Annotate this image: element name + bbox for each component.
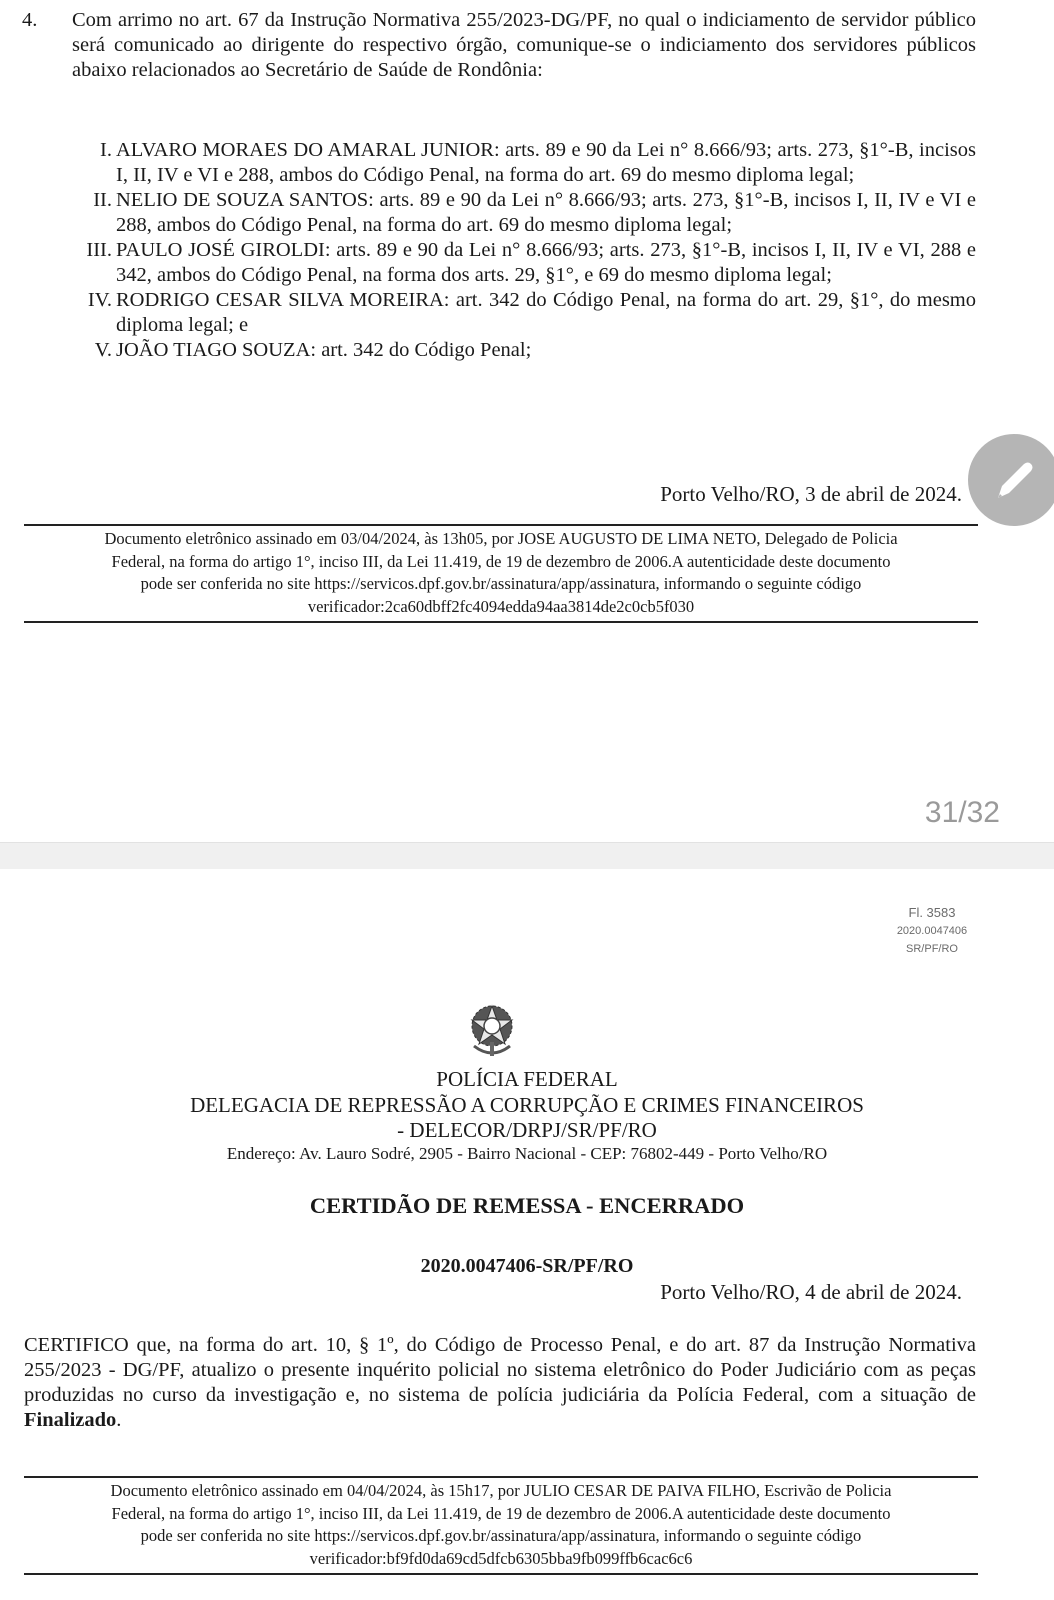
process-number: 2020.0047406-SR/PF/RO [0,1255,1054,1278]
agency-name: POLÍCIA FEDERAL [0,1066,1054,1092]
page-separator [0,842,1054,869]
signature-line: pode ser conferida no site https://servi… [24,1525,978,1548]
pencil-icon [986,452,1042,508]
list-text: JOÃO TIAGO SOUZA: art. 342 do Código Pen… [116,339,531,361]
folio-number: Fl. 3583 [882,904,982,922]
signature-line: Federal, na forma do artigo 1°, inciso I… [24,1503,978,1526]
list-item: I. ALVARO MORAES DO AMARAL JUNIOR: arts.… [72,138,976,188]
folio-stamp: Fl. 3583 2020.0047406 SR/PF/RO [882,904,982,958]
list-item: III. PAULO JOSÉ GIROLDI: arts. 89 e 90 d… [72,238,976,288]
signature-line: pode ser conferida no site https://servi… [24,573,978,596]
brazil-coat-of-arms-icon [462,1002,522,1058]
verification-code: verificador:2ca60dbff2fc4094edda94aa3814… [24,596,978,619]
department-code: - DELECOR/DRPJ/SR/PF/RO [0,1117,1054,1143]
page-indicator: 31/32 [925,796,1000,830]
list-numeral: V. [95,338,112,363]
list-text: NELIO DE SOUZA SANTOS: arts. 89 e 90 da … [116,189,976,236]
document-title: CERTIDÃO DE REMESSA - ENCERRADO [0,1193,1054,1219]
verification-code: verificador:bf9fd0da69cd5dfcb6305bba9fb0… [24,1548,978,1571]
document-page-31: 4. Com arrimo no art. 67 da Instrução No… [0,0,1054,842]
list-item: V. JOÃO TIAGO SOUZA: art. 342 do Código … [72,338,976,363]
certificate-date: Porto Velho/RO, 4 de abril de 2024. [660,1280,962,1305]
status-finalizado: Finalizado [24,1409,116,1431]
list-numeral: I. [100,138,112,163]
agency-address: Endereço: Av. Lauro Sodré, 2905 - Bairro… [0,1143,1054,1165]
list-numeral: III. [86,238,112,263]
folio-unit: SR/PF/RO [882,940,982,958]
list-text: RODRIGO CESAR SILVA MOREIRA: art. 342 do… [116,289,976,336]
department-name: DELEGACIA DE REPRESSÃO A CORRUPÇÃO E CRI… [0,1092,1054,1118]
list-text: ALVARO MORAES DO AMARAL JUNIOR: arts. 89… [116,139,976,186]
list-item: IV. RODRIGO CESAR SILVA MOREIRA: art. 34… [72,288,976,338]
edit-button[interactable] [968,434,1054,526]
electronic-signature-block: Documento eletrônico assinado em 03/04/2… [24,524,978,623]
certificate-text: CERTIFICO que, na forma do art. 10, § 1º… [24,1334,976,1406]
signature-line: Documento eletrônico assinado em 03/04/2… [24,528,978,551]
signature-line: Federal, na forma do artigo 1°, inciso I… [24,551,978,574]
signing-date: Porto Velho/RO, 3 de abril de 2024. [660,482,962,507]
list-numeral: II. [93,188,112,213]
signature-line: Documento eletrônico assinado em 04/04/2… [24,1480,978,1503]
paragraph-text: Com arrimo no art. 67 da Instrução Norma… [72,8,976,83]
certificate-paragraph: CERTIFICO que, na forma do art. 10, § 1º… [24,1333,976,1433]
paragraph-4: 4. Com arrimo no art. 67 da Instrução No… [22,8,976,83]
indicted-list: I. ALVARO MORAES DO AMARAL JUNIOR: arts.… [72,138,976,363]
folio-process: 2020.0047406 [882,922,982,940]
paragraph-number: 4. [22,8,37,33]
certificate-text-end: . [116,1409,121,1431]
electronic-signature-block: Documento eletrônico assinado em 04/04/2… [24,1476,978,1575]
list-item: II. NELIO DE SOUZA SANTOS: arts. 89 e 90… [72,188,976,238]
list-numeral: IV. [88,288,112,313]
list-text: PAULO JOSÉ GIROLDI: arts. 89 e 90 da Lei… [116,239,976,286]
